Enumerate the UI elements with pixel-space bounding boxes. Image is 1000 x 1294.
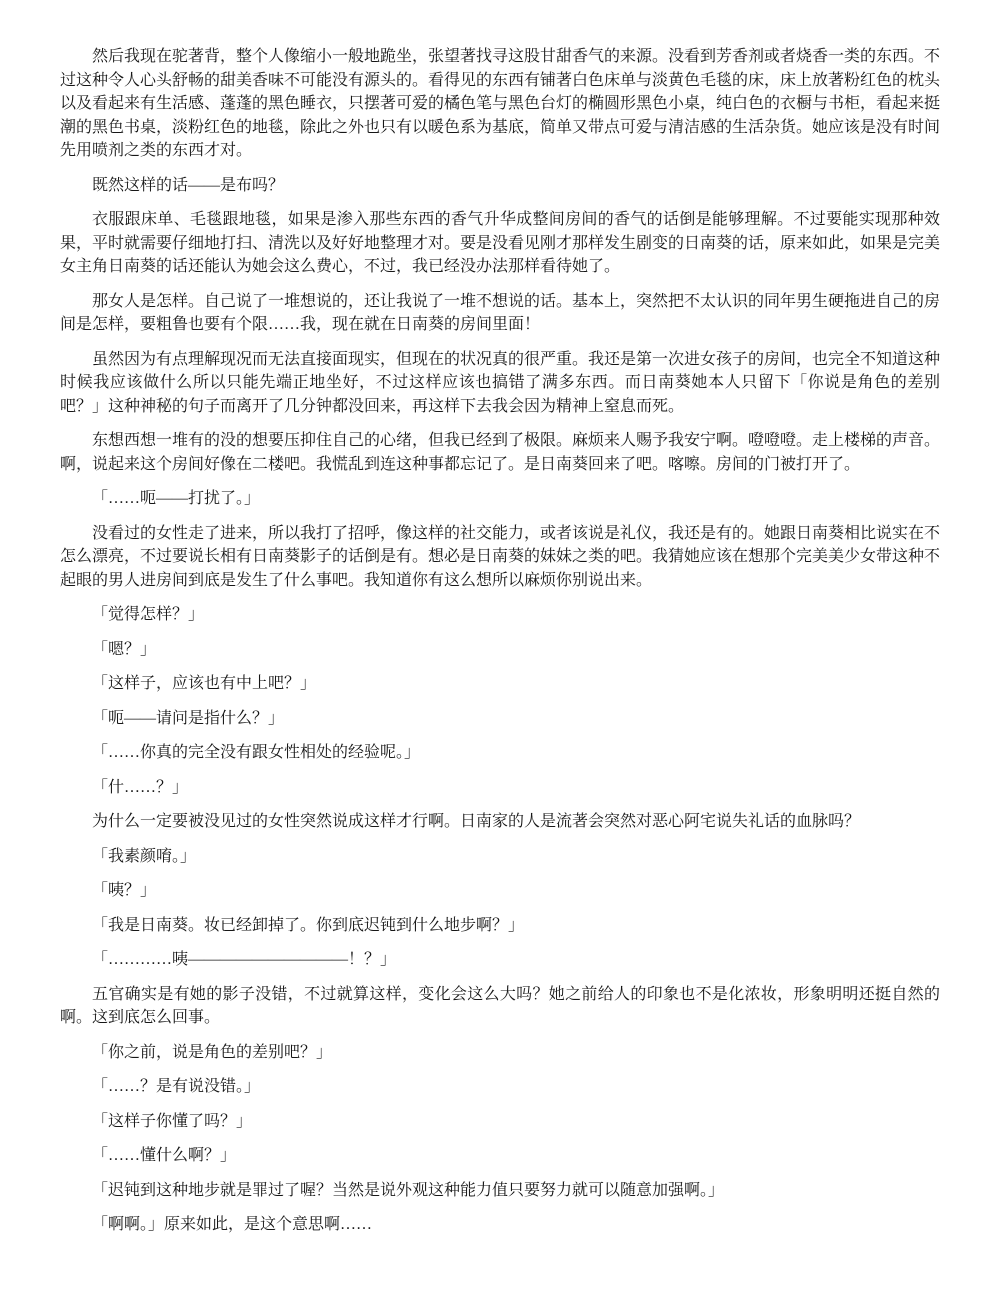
- paragraph-dialogue: 「…………咦——————————！？」: [60, 948, 940, 972]
- paragraph: 然后我现在驼著背，整个人像缩小一般地跪坐，张望著找寻这股甘甜香气的来源。没看到芳…: [60, 45, 940, 163]
- paragraph: 那女人是怎样。自己说了一堆想说的，还让我说了一堆不想说的话。基本上，突然把不太认…: [60, 290, 940, 337]
- paragraph: 衣服跟床单、毛毯跟地毯，如果是渗入那些东西的香气升华成整间房间的香气的话倒是能够…: [60, 208, 940, 279]
- paragraph-dialogue: 「迟钝到这种地步就是罪过了喔？当然是说外观这种能力值只要努力就可以随意加强啊。」: [60, 1179, 940, 1203]
- paragraph-dialogue: 「什……？」: [60, 776, 940, 800]
- paragraph: 既然这样的话——是布吗？: [60, 174, 940, 198]
- paragraph: 为什么一定要被没见过的女性突然说成这样才行啊。日南家的人是流著会突然对恶心阿宅说…: [60, 810, 940, 834]
- paragraph-dialogue: 「……呃——打扰了。」: [60, 487, 940, 511]
- paragraph-dialogue: 「这样子，应该也有中上吧？」: [60, 672, 940, 696]
- novel-text-page: 然后我现在驼著背，整个人像缩小一般地跪坐，张望著找寻这股甘甜香气的来源。没看到芳…: [0, 0, 1000, 1294]
- paragraph: 五官确实是有她的影子没错，不过就算这样，变化会这么大吗？她之前给人的印象也不是化…: [60, 983, 940, 1030]
- paragraph-dialogue: 「觉得怎样？」: [60, 603, 940, 627]
- paragraph-dialogue: 「……？是有说没错。」: [60, 1075, 940, 1099]
- paragraph-dialogue: 「嗯？」: [60, 638, 940, 662]
- paragraph-dialogue: 「……你真的完全没有跟女性相处的经验呢。」: [60, 741, 940, 765]
- paragraph: 虽然因为有点理解现况而无法直接面现实，但现在的状况真的很严重。我还是第一次进女孩…: [60, 348, 940, 419]
- paragraph-dialogue: 「……懂什么啊？」: [60, 1144, 940, 1168]
- paragraph-dialogue: 「咦？」: [60, 879, 940, 903]
- paragraph-dialogue: 「我是日南葵。妆已经卸掉了。你到底迟钝到什么地步啊？」: [60, 914, 940, 938]
- paragraph-dialogue: 「呃——请问是指什么？」: [60, 707, 940, 731]
- paragraph-dialogue: 「我素颜唷。」: [60, 845, 940, 869]
- paragraph-dialogue: 「这样子你懂了吗？」: [60, 1110, 940, 1134]
- paragraph-dialogue: 「你之前，说是角色的差别吧？」: [60, 1041, 940, 1065]
- paragraph: 东想西想一堆有的没的想要压抑住自己的心绪，但我已经到了极限。麻烦来人赐予我安宁啊…: [60, 429, 940, 476]
- paragraph-dialogue: 「啊啊。」原来如此，是这个意思啊……: [60, 1213, 940, 1237]
- paragraph: 没看过的女性走了进来，所以我打了招呼，像这样的社交能力，或者该说是礼仪，我还是有…: [60, 522, 940, 593]
